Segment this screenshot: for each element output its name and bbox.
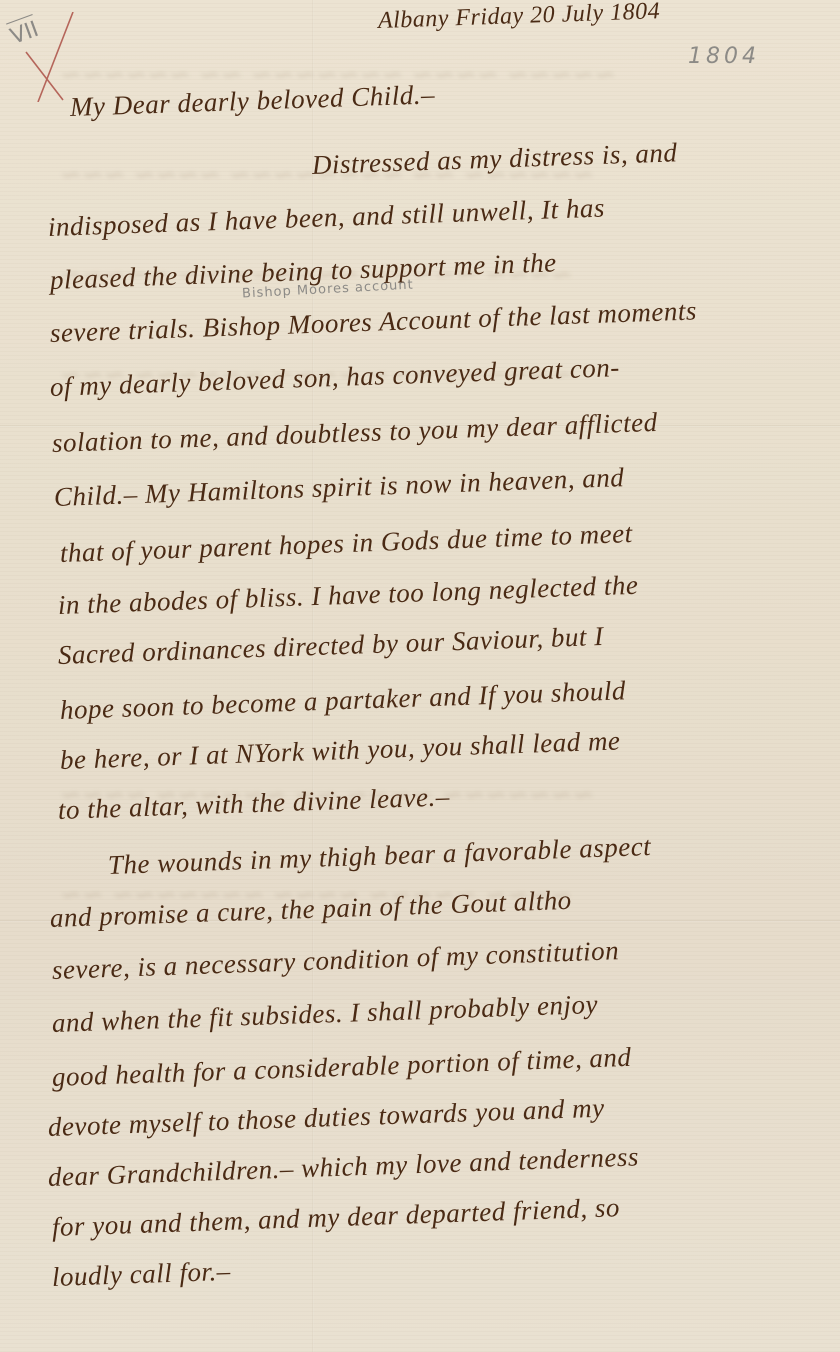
letter-line: good health for a considerable portion o… xyxy=(51,1042,631,1093)
letter-line: loudly call for.– xyxy=(51,1256,231,1293)
letter-line: be here, or I at NYork with you, you sha… xyxy=(59,725,620,776)
letter-line: for you and them, and my dear departed f… xyxy=(51,1192,620,1243)
letter-line: Sacred ordinances directed by our Saviou… xyxy=(57,621,604,671)
letter-line: Distressed as my distress is, and xyxy=(311,137,677,181)
dateline: Albany Friday 20 July 1804 xyxy=(378,0,661,35)
letter-line: indisposed as I have been, and still unw… xyxy=(47,193,605,243)
letter-line: severe, is a necessary condition of my c… xyxy=(51,935,619,986)
letter-line: dear Grandchildren.– which my love and t… xyxy=(47,1141,639,1193)
letter-line: that of your parent hopes in Gods due ti… xyxy=(59,518,633,569)
letter-line: devote myself to those duties towards yo… xyxy=(47,1093,605,1143)
letter-line: Child.– My Hamiltons spirit is now in he… xyxy=(53,462,624,513)
red-cross-mark xyxy=(18,12,78,102)
letter-line: solation to me, and doubtless to you my … xyxy=(51,407,658,459)
letter-line: The wounds in my thigh bear a favorable … xyxy=(107,831,651,881)
letter-line: severe trials. Bishop Moores Account of … xyxy=(49,295,697,349)
letter-line: hope soon to become a partaker and If yo… xyxy=(59,675,626,726)
year-pencil-annotation: 1804 xyxy=(688,44,760,69)
letter-line: and when the fit subsides. I shall proba… xyxy=(51,989,598,1039)
letter-line: in the abodes of bliss. I have too long … xyxy=(57,570,638,621)
letter-paper: ~~~~~ ~~~~ ~~~~~~~ ~~ ~~~~~~ ~~~~~~ ~~ ~… xyxy=(0,0,840,1352)
